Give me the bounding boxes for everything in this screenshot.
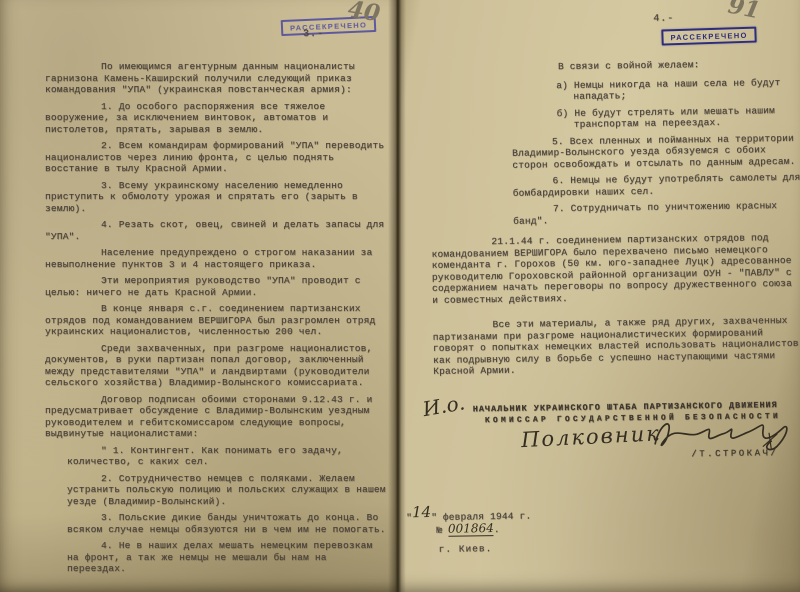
typed-list-item: 5. Всех пленных и пойманных на территори… <box>512 132 800 171</box>
typed-list-item: " 1. Контингент. Как понимать его задачу… <box>45 445 389 468</box>
typed-paragraph: Договор подписан обоими сторонами 9.12.4… <box>45 394 389 440</box>
typed-paragraph: 4. Резать скот, овец, свиней и делать за… <box>45 219 389 242</box>
right-page-content: 91 4.- РАССЕКРЕЧЕНО В связи с войной жел… <box>397 0 800 592</box>
typed-paragraph: 2. Всем командирам формирований "УПА" пе… <box>45 140 389 175</box>
typed-list-item: б) Не будут стрелять или мешать нашим тр… <box>511 104 799 131</box>
page-right: 91 4.- РАССЕКРЕЧЕНО В связи с войной жел… <box>397 0 800 592</box>
typed-paragraph: Все эти материалы, а также ряд других, з… <box>432 315 799 378</box>
typed-paragraph: 21.1.44 г. соединением партизанских отря… <box>431 232 798 306</box>
typed-paragraph: 3. Всему украинскому населению немедленн… <box>45 180 389 215</box>
typed-paragraph: По имеющимся агентурным данным национали… <box>45 61 389 96</box>
city-line: г. Киев. <box>439 543 493 555</box>
typed-paragraph: Население предупреждено о строгом наказа… <box>45 247 389 270</box>
typed-paragraph: В связи с войной желаем: <box>511 58 799 74</box>
declassified-stamp-right: РАССЕКРЕЧЕНО <box>661 27 757 46</box>
page-number-left: 3.- <box>303 29 324 41</box>
handwritten-number: 001864 <box>448 521 494 537</box>
handwritten-day: 14 <box>412 503 431 521</box>
typed-list-item: 3. Польские дикие банды уничтожать до ко… <box>45 512 389 535</box>
left-text-column: По имеющимся агентурным данным национали… <box>45 61 389 580</box>
folio-number-left: 40 <box>346 0 382 27</box>
page-left: РАССЕКРЕЧЕНО 40 3.- По имеющимся агентур… <box>0 0 397 592</box>
typed-list-item: 2. Сотрудничество немцев с поляками. Жел… <box>45 473 389 508</box>
typed-paragraph: Среди захваченных, при разгроме национал… <box>45 343 389 389</box>
folio-number-right: 91 <box>726 0 763 24</box>
document-scan: РАССЕКРЕЧЕНО 40 3.- По имеющимся агентур… <box>0 0 800 592</box>
number-line: № 001864. <box>436 521 500 536</box>
number-dot: . <box>494 524 500 535</box>
right-paragraphs-block: 21.1.44 г. соединением партизанских отря… <box>431 232 799 392</box>
typed-list-item: 6. Немцы не будут употреблять самолеты д… <box>512 172 800 199</box>
handwritten-acting-prefix: И.о. <box>421 390 467 421</box>
typed-paragraph: 1. До особого распоряжения все тяжелое в… <box>45 101 389 136</box>
typed-paragraph: В конце января с.г. соединением партизан… <box>45 303 389 338</box>
handwritten-rank: Полковник <box>521 421 662 452</box>
page-gutter <box>388 0 406 592</box>
typed-paragraph: Эти мероприятия руководство "УПА" провод… <box>45 275 389 298</box>
typed-list-item: а) Немцы никогда на наши села не будут н… <box>511 76 799 103</box>
typed-list-item: 4. Не в наших делах мешать немецким пере… <box>45 540 389 575</box>
typed-list-item: 7. Сотрудничать по уничтожению красных б… <box>513 200 800 227</box>
typed-signatory-name: /Т.СТРОКАЧ/ <box>691 448 778 459</box>
right-list-block: В связи с войной желаем: а) Немцы никогд… <box>511 58 800 232</box>
number-sign: № <box>436 525 442 536</box>
page-number-right: 4.- <box>653 14 674 26</box>
